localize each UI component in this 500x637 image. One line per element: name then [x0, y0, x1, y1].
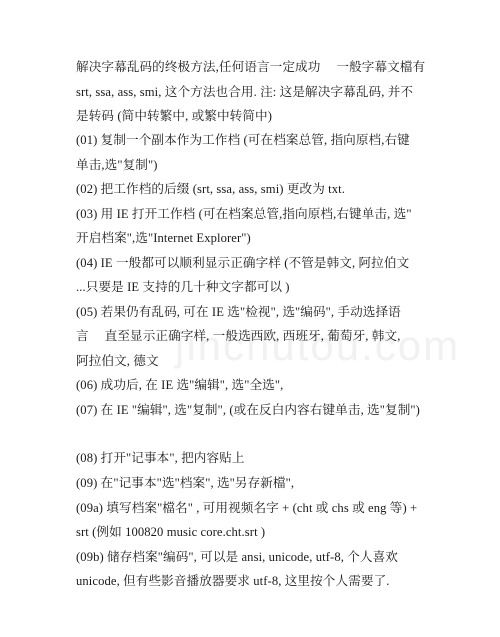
text-line: srt, ssa, ass, smi, 这个方法也合用. 注: 这是解决字幕乱码… — [76, 84, 413, 100]
text-line: (02) 把工作档的后缀 (srt, ssa, ass, smi) 更改为 tx… — [76, 181, 345, 197]
text-line: srt (例如 100820 music core.cht.srt ) — [76, 524, 265, 540]
document-page: jinchutou.com 解决字幕乱码的终极方法,任何语言一定成功 一般字幕文… — [0, 0, 500, 637]
text-line: 开启档案",选"Internet Explorer") — [76, 230, 251, 246]
text-line: unicode, 但有些影音播放器要求 utf-8, 这里按个人需要了. — [76, 573, 390, 589]
text-line: (01) 复制一个副本作为工作档 (可在档案总管, 指向原档,右键 — [76, 132, 410, 148]
text-line: (03) 用 IE 打开工作档 (可在档案总管,指向原档,右键单击, 选" — [76, 206, 412, 222]
text-line: ...只要是 IE 支持的几十种文字都可以 ) — [76, 279, 290, 295]
text-line: 阿拉伯文, 德文 — [76, 353, 159, 369]
text-line: (09b) 储存档案"编码", 可以是 ansi, unicode, utf-8… — [76, 549, 398, 565]
text-line: 解决字幕乱码的终极方法,任何语言一定成功 一般字幕文檔有 — [76, 59, 425, 75]
text-line: (09) 在"记事本"选"档案", 选"另存新檔", — [76, 475, 294, 491]
text-line: (04) IE 一般都可以顺利显示正确字样 (不管是韩文, 阿拉伯文 — [76, 255, 409, 271]
text-line: (07) 在 IE "编辑", 选"复制", (或在反白内容右键单击, 选"复制… — [76, 402, 420, 418]
text-line: 单击,选"复制") — [76, 157, 158, 173]
text-line: (06) 成功后, 在 IE 选"编辑", 选"全选", — [76, 377, 283, 393]
text-line: (09a) 填写档案"檔名" , 可用视频名字 + (cht 或 chs 或 e… — [76, 500, 417, 516]
text-line: 言 直至显示正确字样, 一般选西欧, 西班牙, 葡萄牙, 韩文, — [76, 328, 400, 344]
text-line: 是转码 (简中转繁中, 或繁中转简中) — [76, 108, 272, 124]
text-line: (05) 若果仍有乱码, 可在 IE 选"检视", 选"编码", 手动选择语 — [76, 304, 401, 320]
text-line: (08) 打开"记事本", 把内容贴上 — [76, 450, 245, 466]
